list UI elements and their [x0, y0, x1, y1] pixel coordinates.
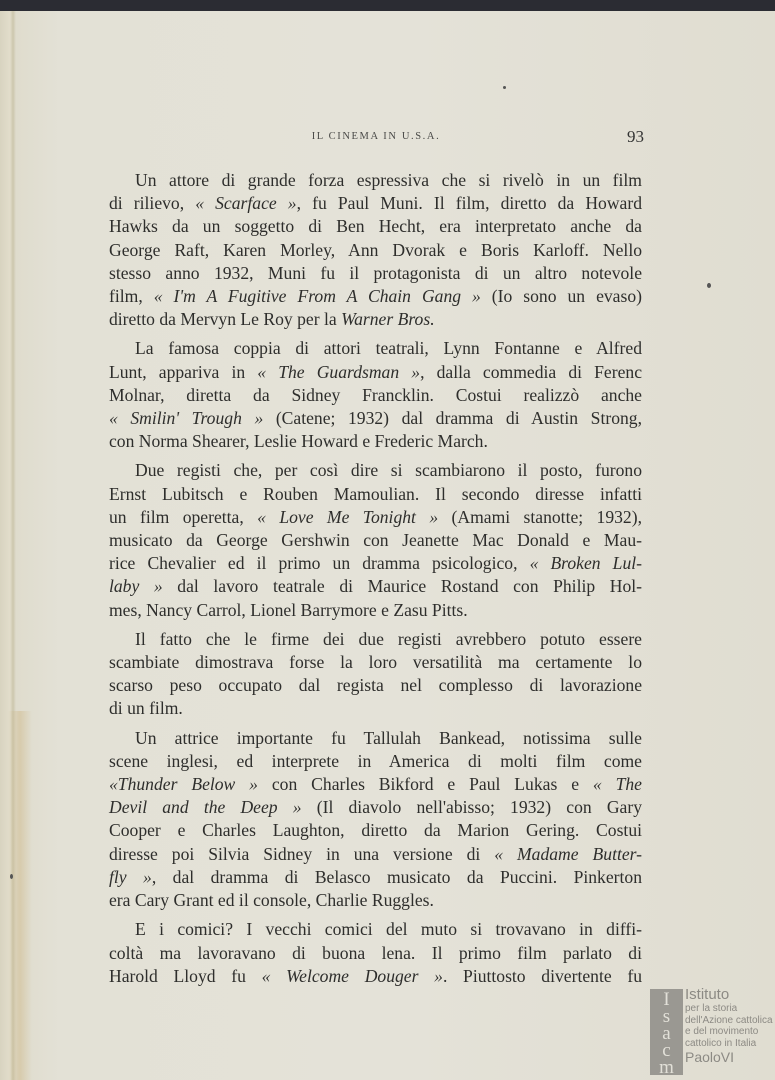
text-line: laby » dal lavoro teatrale di Maurice Ro… — [109, 575, 642, 598]
running-head: IL CINEMA IN U.S.A. — [108, 131, 644, 142]
text-run: un film operetta, — [109, 507, 257, 527]
text-line: coltà ma lavoravano di buona lena. Il pr… — [109, 942, 642, 965]
text-line: di un film. — [109, 697, 642, 720]
ink-speck — [707, 283, 711, 288]
text-run: Ernst Lubitsch e Rouben Mamoulian. Il se… — [109, 484, 642, 504]
text-run: Due registi che, per così dire si scambi… — [135, 460, 642, 480]
paragraph: Il fatto che le firme dei due registi av… — [109, 628, 642, 721]
italic-title: « Smilin' Trough » — [109, 408, 263, 428]
italic-title: fly » — [109, 867, 152, 887]
text-line: Lunt, appariva in « The Guardsman », dal… — [109, 361, 642, 384]
text-line: Devil and the Deep » (Il diavolo nell'ab… — [109, 796, 642, 819]
text-line: Un attore di grande forza espressiva che… — [109, 169, 642, 192]
text-run: , dalla commedia di Ferenc — [420, 362, 642, 382]
text-run: film, — [109, 286, 154, 306]
body-text: Un attore di grande forza espressiva che… — [109, 169, 642, 994]
text-line: George Raft, Karen Morley, Ann Dvorak e … — [109, 239, 642, 262]
text-run: . Piuttosto divertente fu — [443, 966, 642, 986]
text-run: musicato da George Gershwin con Jeanette… — [109, 530, 642, 550]
text-run: George Raft, Karen Morley, Ann Dvorak e … — [109, 240, 642, 260]
text-run: rice Chevalier ed il primo un dramma psi… — [109, 553, 530, 573]
logo-letter: m — [650, 1059, 683, 1076]
text-line: con Norma Shearer, Leslie Howard e Frede… — [109, 430, 642, 453]
text-line: diretto da Mervyn Le Roy per la Warner B… — [109, 308, 642, 331]
text-run: Un attrice importante fu Tallulah Bankea… — [135, 728, 642, 748]
text-line: E i comici? I vecchi comici del muto si … — [109, 918, 642, 941]
text-run: stesso anno 1932, Muni fu il protagonist… — [109, 263, 642, 283]
text-run: con Norma Shearer, Leslie Howard e Frede… — [109, 431, 488, 451]
paragraph: Due registi che, per così dire si scambi… — [109, 459, 642, 621]
text-line: Il fatto che le firme dei due registi av… — [109, 628, 642, 651]
ink-speck — [503, 86, 506, 89]
logo-line: Istituto — [685, 987, 773, 1003]
text-line: musicato da George Gershwin con Jeanette… — [109, 529, 642, 552]
text-run: dal lavoro teatrale di Maurice Rostand c… — [163, 576, 642, 596]
italic-title: « Scarface » — [195, 193, 296, 213]
italic-title: « Madame Butter- — [494, 844, 642, 864]
text-run: scambiate dimostrava forse la loro versa… — [109, 652, 642, 672]
logo-line: cattolico in Italia — [685, 1038, 773, 1050]
text-run: Il fatto che le firme dei due registi av… — [135, 629, 642, 649]
text-line: Harold Lloyd fu « Welcome Douger ». Piut… — [109, 965, 642, 988]
text-run: scene inglesi, ed interprete in America … — [109, 751, 642, 771]
italic-title: Devil and the Deep » — [109, 797, 302, 817]
italic-title: « Love Me Tonight » — [257, 507, 438, 527]
italic-title: « Broken Lul- — [530, 553, 642, 573]
text-line: scarso peso occupato dal regista nel com… — [109, 674, 642, 697]
logo-line: per la storia — [685, 1003, 773, 1015]
text-run: E i comici? I vecchi comici del muto si … — [135, 919, 642, 939]
ink-speck — [10, 874, 13, 879]
logo-text: Istituto per la storia dell'Azione catto… — [685, 987, 773, 1065]
text-line: scene inglesi, ed interprete in America … — [109, 750, 642, 773]
text-run: era Cary Grant ed il console, Charlie Ru… — [109, 890, 434, 910]
text-line: Hawks da un soggetto di Ben Hecht, era i… — [109, 215, 642, 238]
italic-title: Warner Bros. — [341, 309, 435, 329]
text-line: fly », dal dramma di Belasco musicato da… — [109, 866, 642, 889]
text-run: con Charles Bikford e Paul Lukas e — [258, 774, 593, 794]
text-line: Ernst Lubitsch e Rouben Mamoulian. Il se… — [109, 483, 642, 506]
italic-title: « I'm A Fugitive From A Chain Gang » — [154, 286, 481, 306]
book-page: IL CINEMA IN U.S.A. 93 Un attore di gran… — [0, 11, 775, 1080]
text-run: Hawks da un soggetto di Ben Hecht, era i… — [109, 216, 642, 236]
text-line: diresse poi Silvia Sidney in una version… — [109, 843, 642, 866]
logo-monogram: I s a c m — [650, 989, 683, 1075]
text-line: «Thunder Below » con Charles Bikford e P… — [109, 773, 642, 796]
text-run: Molnar, diretta da Sidney Francklin. Cos… — [109, 385, 642, 405]
logo-line: PaoloVI — [685, 1049, 773, 1065]
italic-title: « Welcome Douger » — [262, 966, 443, 986]
text-run: Lunt, appariva in — [109, 362, 257, 382]
text-run: Un attore di grande forza espressiva che… — [135, 170, 642, 190]
paragraph: La famosa coppia di attori teatrali, Lyn… — [109, 337, 642, 453]
text-line: rice Chevalier ed il primo un dramma psi… — [109, 552, 642, 575]
logo-line: e del movimento — [685, 1026, 773, 1038]
text-line: « Smilin' Trough » (Catene; 1932) dal dr… — [109, 407, 642, 430]
text-line: La famosa coppia di attori teatrali, Lyn… — [109, 337, 642, 360]
text-run: diretto da Mervyn Le Roy per la — [109, 309, 341, 329]
text-line: scambiate dimostrava forse la loro versa… — [109, 651, 642, 674]
text-run: Cooper e Charles Laughton, diretto da Ma… — [109, 820, 642, 840]
text-line: film, « I'm A Fugitive From A Chain Gang… — [109, 285, 642, 308]
spine-stain — [8, 711, 32, 1080]
text-run: di rilievo, — [109, 193, 195, 213]
text-line: un film operetta, « Love Me Tonight » (A… — [109, 506, 642, 529]
text-line: Due registi che, per così dire si scambi… — [109, 459, 642, 482]
text-run: (Il diavolo nell'abisso; 1932) con Gary — [302, 797, 642, 817]
text-line: di rilievo, « Scarface », fu Paul Muni. … — [109, 192, 642, 215]
italic-title: « The Guardsman » — [257, 362, 420, 382]
paragraph: E i comici? I vecchi comici del muto si … — [109, 918, 642, 988]
italic-title: laby » — [109, 576, 163, 596]
text-line: Molnar, diretta da Sidney Francklin. Cos… — [109, 384, 642, 407]
text-line: Un attrice importante fu Tallulah Bankea… — [109, 727, 642, 750]
text-run: diresse poi Silvia Sidney in una version… — [109, 844, 494, 864]
text-run: (Catene; 1932) dal dramma di Austin Stro… — [263, 408, 642, 428]
text-run: , fu Paul Muni. Il film, diretto da Howa… — [297, 193, 642, 213]
text-line: mes, Nancy Carrol, Lionel Barrymore e Za… — [109, 599, 642, 622]
text-run: La famosa coppia di attori teatrali, Lyn… — [135, 338, 642, 358]
text-line: stesso anno 1932, Muni fu il protagonist… — [109, 262, 642, 285]
text-run: di un film. — [109, 698, 183, 718]
page-number: 93 — [627, 127, 644, 147]
paragraph: Un attore di grande forza espressiva che… — [109, 169, 642, 331]
text-run: , dal dramma di Belasco musicato da Pucc… — [152, 867, 642, 887]
text-run: scarso peso occupato dal regista nel com… — [109, 675, 642, 695]
text-run: (Io sono un evaso) — [481, 286, 642, 306]
logo-line: dell'Azione cattolica — [685, 1015, 773, 1027]
text-run: (Amami stanotte; 1932), — [438, 507, 642, 527]
watermark-logo: I s a c m Istituto per la storia dell'Az… — [650, 987, 775, 1077]
text-line: Cooper e Charles Laughton, diretto da Ma… — [109, 819, 642, 842]
paragraph: Un attrice importante fu Tallulah Bankea… — [109, 727, 642, 913]
page-header: IL CINEMA IN U.S.A. 93 — [108, 127, 644, 151]
text-line: era Cary Grant ed il console, Charlie Ru… — [109, 889, 642, 912]
text-run: Harold Lloyd fu — [109, 966, 262, 986]
text-run: coltà ma lavoravano di buona lena. Il pr… — [109, 943, 642, 963]
italic-title: « The — [593, 774, 642, 794]
italic-title: «Thunder Below » — [109, 774, 258, 794]
text-run: mes, Nancy Carrol, Lionel Barrymore e Za… — [109, 600, 468, 620]
